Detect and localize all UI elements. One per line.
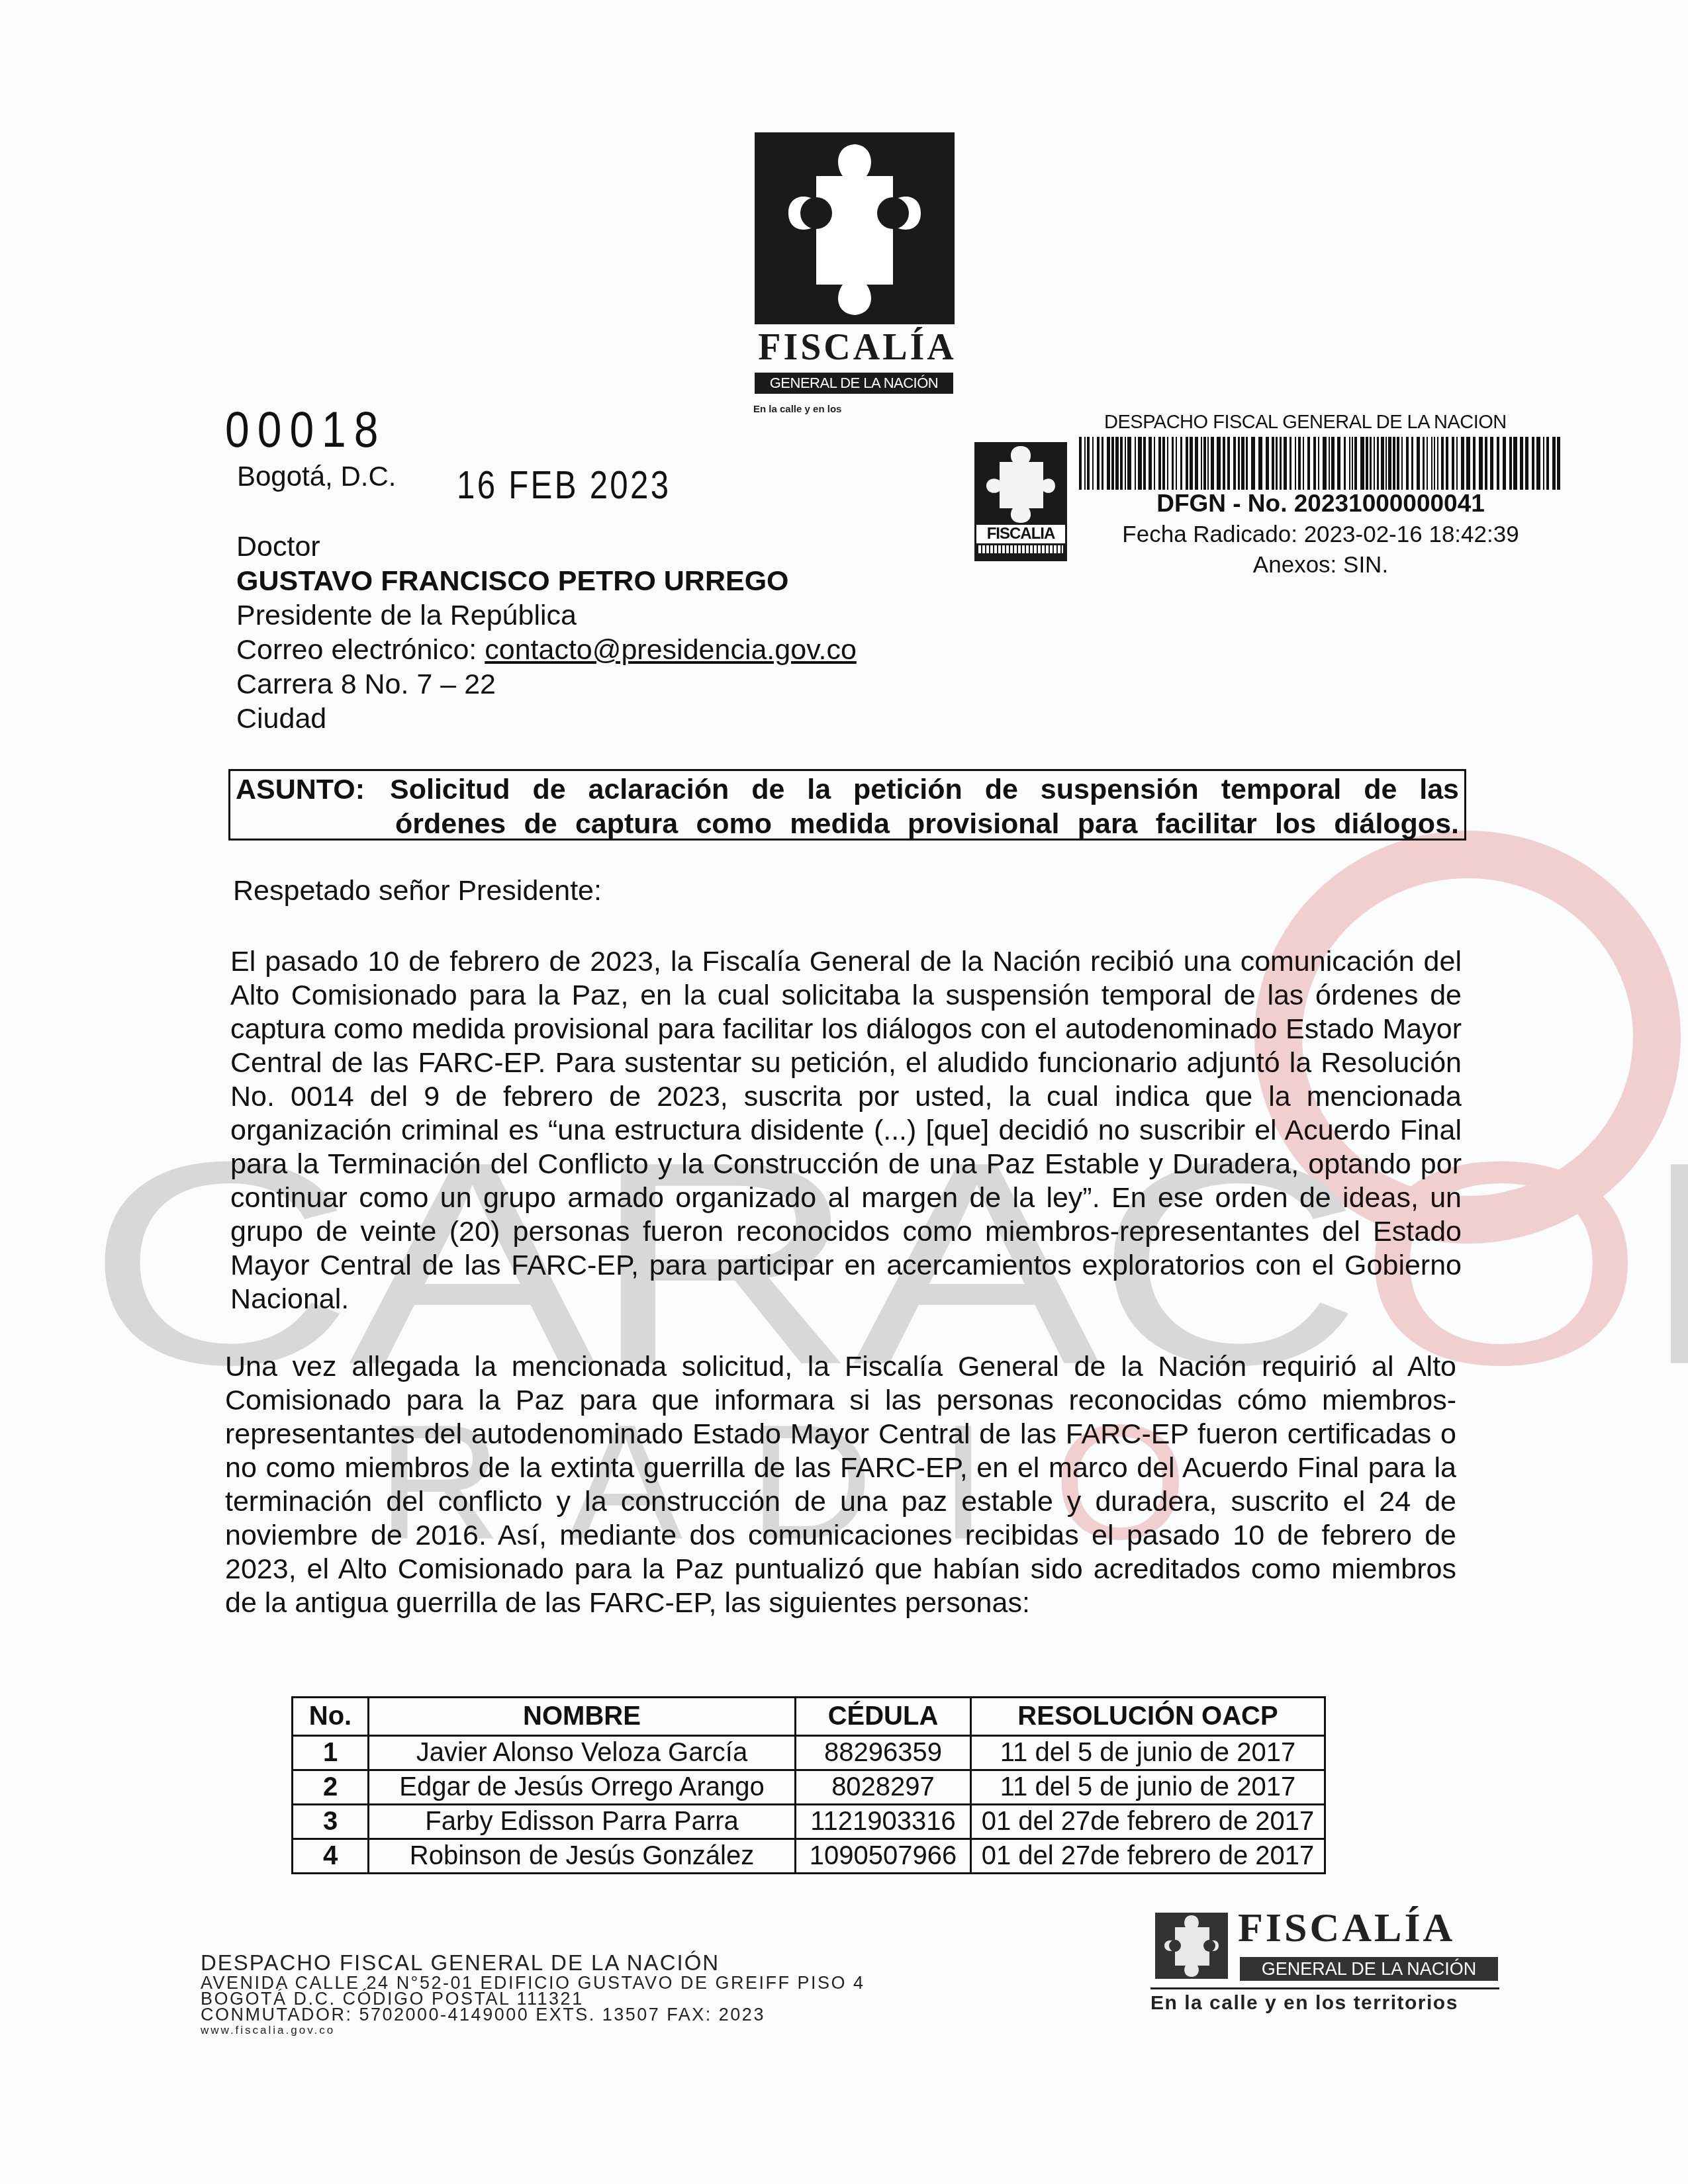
barcode: [1079, 437, 1562, 490]
cell-nombre: Robinson de Jesús González: [369, 1839, 796, 1874]
table-header-row: No. NOMBRE CÉDULA RESOLUCIÓN OACP: [293, 1698, 1325, 1736]
stamp-logo-subline: [978, 545, 1063, 553]
col-header-resolucion: RESOLUCIÓN OACP: [971, 1698, 1325, 1736]
subject-line-1: Solicitud de aclaración de la petición d…: [390, 774, 1459, 805]
letter-city: Bogotá, D.C.: [237, 461, 396, 492]
footer-logo-tagline: En la calle y en los territorios: [1150, 1992, 1458, 2015]
cell-nombre: Farby Edisson Parra Parra: [369, 1805, 796, 1839]
logo-wordmark: FISCALÍA: [748, 326, 966, 369]
stamp-attachments: Anexos: SIN.: [1079, 552, 1562, 578]
footer-office: DESPACHO FISCAL GENERAL DE LA NACIÓN: [201, 1951, 865, 1975]
cell-no: 3: [293, 1805, 369, 1839]
cell-cedula: 1121903316: [796, 1805, 971, 1839]
cell-cedula: 88296359: [796, 1736, 971, 1770]
recipient-city: Ciudad: [236, 702, 857, 736]
recipient-address: Carrera 8 No. 7 – 22: [236, 667, 857, 702]
cell-no: 2: [293, 1770, 369, 1805]
puzzle-piece-icon: [1155, 1913, 1228, 1979]
footer-logo-wordmark: FISCALÍA: [1238, 1905, 1455, 1952]
footer-logo-mark: [1155, 1913, 1228, 1979]
recipient-block: Doctor GUSTAVO FRANCISCO PETRO URREGO Pr…: [236, 529, 857, 736]
accredited-persons-table: No. NOMBRE CÉDULA RESOLUCIÓN OACP 1 Javi…: [291, 1696, 1326, 1874]
fiscalia-puzzle-logo: [755, 132, 955, 324]
body-paragraph-2: Una vez allegada la mencionada solicitud…: [225, 1350, 1456, 1620]
email-label: Correo electrónico:: [236, 634, 485, 666]
stamp-logo-word: FISCALIA: [976, 525, 1065, 543]
subject-box: ASUNTO:Solicitud de aclaración de la pet…: [228, 769, 1466, 841]
cell-no: 4: [293, 1839, 369, 1874]
table-row: 4 Robinson de Jesús González 1090507966 …: [293, 1839, 1325, 1874]
stamp-office: DESPACHO FISCAL GENERAL DE LA NACION: [1104, 412, 1507, 433]
logo-band: GENERAL DE LA NACIÓN: [755, 373, 953, 394]
footer-phone: CONMUTADOR: 5702000-4149000 EXTS. 13507 …: [201, 2007, 865, 2023]
stamp-logo: FISCALIA: [974, 442, 1067, 561]
stamp-radicado-number: DFGN - No. 20231000000041: [1079, 490, 1562, 518]
table-row: 2 Edgar de Jesús Orrego Arango 8028297 1…: [293, 1770, 1325, 1805]
recipient-email-line: Correo electrónico: contacto@presidencia…: [236, 633, 857, 667]
document-serial: 00018: [225, 400, 387, 458]
cell-no: 1: [293, 1736, 369, 1770]
cell-resolucion: 11 del 5 de junio de 2017: [971, 1736, 1325, 1770]
footer-logo-divider: [1150, 1987, 1499, 1989]
cell-resolucion: 01 del 27de febrero de 2017: [971, 1805, 1325, 1839]
cell-resolucion: 01 del 27de febrero de 2017: [971, 1839, 1325, 1874]
cell-nombre: Edgar de Jesús Orrego Arango: [369, 1770, 796, 1805]
recipient-position: Presidente de la República: [236, 598, 857, 633]
recipient-title: Doctor: [236, 529, 857, 564]
cell-resolucion: 11 del 5 de junio de 2017: [971, 1770, 1325, 1805]
subject-line-2: órdenes de captura como medida provision…: [236, 807, 1459, 841]
table-row: 1 Javier Alonso Veloza García 88296359 1…: [293, 1736, 1325, 1770]
cell-cedula: 1090507966: [796, 1839, 971, 1874]
body-paragraph-1: El pasado 10 de febrero de 2023, la Fisc…: [230, 945, 1462, 1316]
footer-website-link[interactable]: www.fiscalia.gov.co: [201, 2023, 865, 2038]
col-header-nombre: NOMBRE: [369, 1698, 796, 1736]
subject-label: ASUNTO:: [236, 772, 390, 807]
cell-cedula: 8028297: [796, 1770, 971, 1805]
recipient-email-link[interactable]: contacto@presidencia.gov.co: [485, 634, 857, 666]
puzzle-piece-icon: [755, 132, 955, 324]
puzzle-piece-icon: [974, 442, 1067, 525]
date-stamp: 16 FEB 2023: [457, 462, 671, 508]
logo-tagline: En la calle y en los: [753, 404, 841, 415]
col-header-no: No.: [293, 1698, 369, 1736]
col-header-cedula: CÉDULA: [796, 1698, 971, 1736]
table-row: 3 Farby Edisson Parra Parra 1121903316 0…: [293, 1805, 1325, 1839]
footer-address-block: DESPACHO FISCAL GENERAL DE LA NACIÓN AVE…: [201, 1951, 865, 2038]
salutation: Respetado señor Presidente:: [233, 875, 602, 907]
cell-nombre: Javier Alonso Veloza García: [369, 1736, 796, 1770]
footer-logo-band: GENERAL DE LA NACIÓN: [1240, 1957, 1498, 1981]
stamp-filing-date: Fecha Radicado: 2023-02-16 18:42:39: [1079, 522, 1562, 548]
recipient-name: GUSTAVO FRANCISCO PETRO URREGO: [236, 564, 857, 598]
